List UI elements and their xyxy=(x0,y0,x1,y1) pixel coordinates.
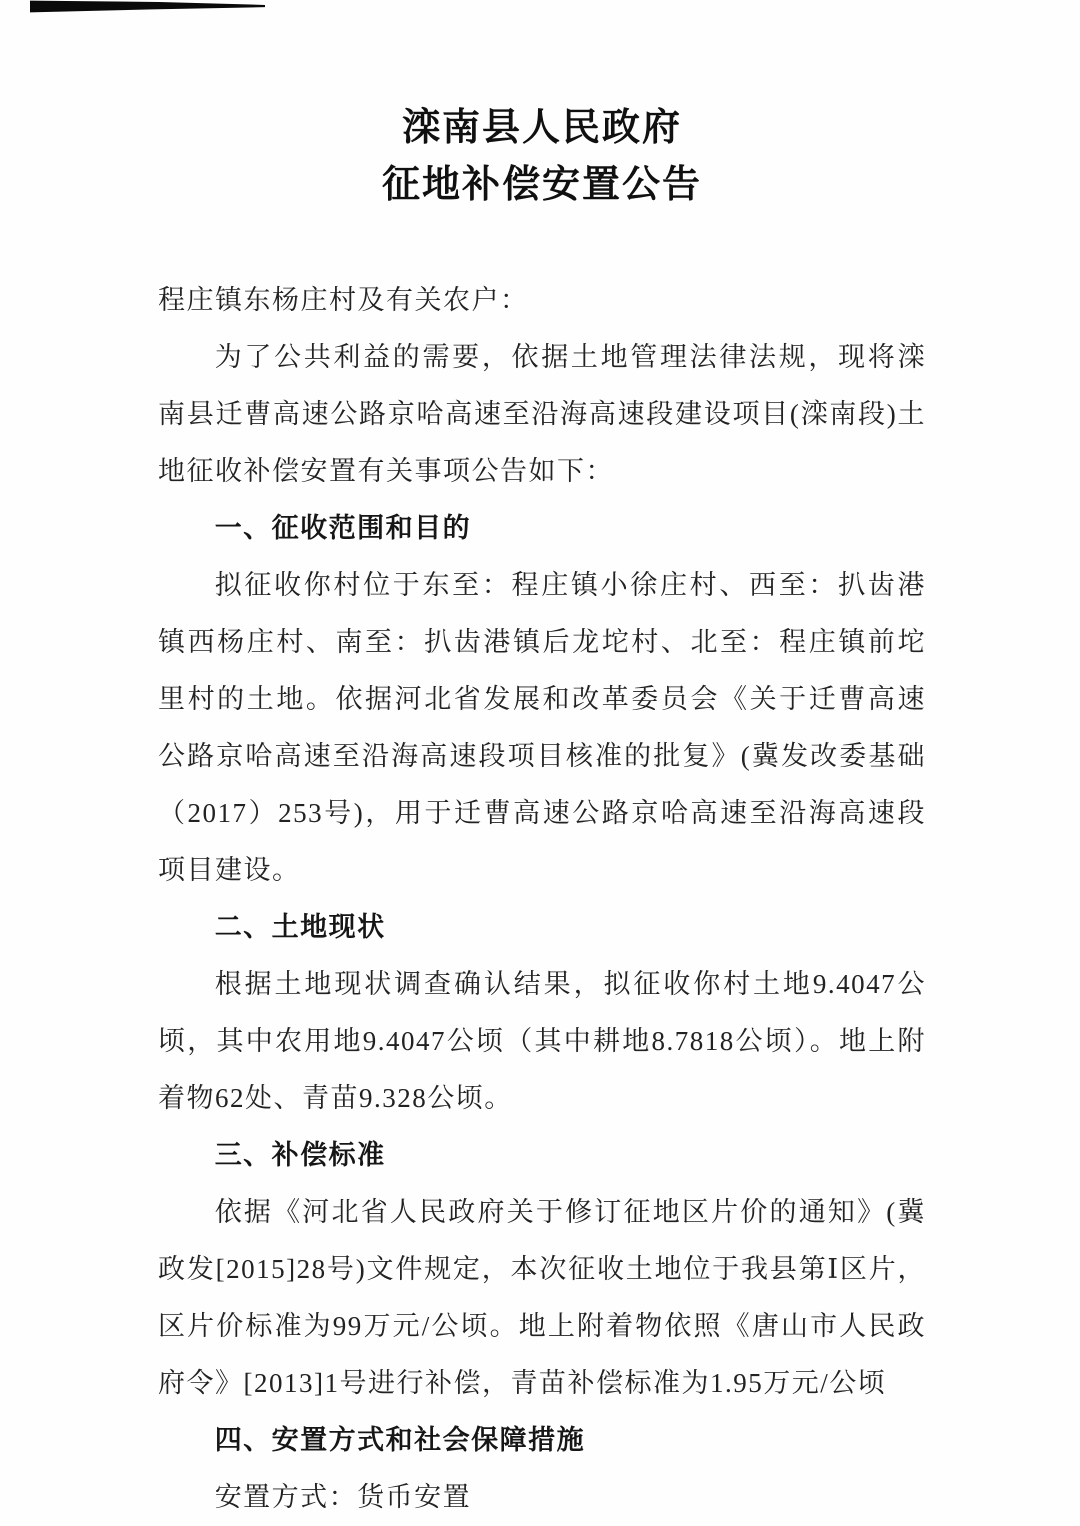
section-3-heading: 三、补偿标准 xyxy=(158,1127,926,1184)
intro-paragraph: 为了公共利益的需要，依据土地管理法律法规，现将滦南县迁曹高速公路京哈高速至沿海高… xyxy=(158,329,926,500)
scan-artifact-mark xyxy=(30,0,265,13)
document-title: 滦南县人民政府 征地补偿安置公告 xyxy=(158,100,926,214)
document-content: 滦南县人民政府 征地补偿安置公告 程庄镇东杨庄村及有关农户： 为了公共利益的需要… xyxy=(158,100,926,1526)
salutation: 程庄镇东杨庄村及有关农户： xyxy=(158,272,926,329)
section-1-heading: 一、征收范围和目的 xyxy=(158,500,926,557)
section-3-body: 依据《河北省人民政府关于修订征地区片价的通知》(冀政发[2015]28号)文件规… xyxy=(158,1184,926,1412)
section-1-body: 拟征收你村位于东至：程庄镇小徐庄村、西至：扒齿港镇西杨庄村、南至：扒齿港镇后龙坨… xyxy=(158,557,926,899)
document-body: 程庄镇东杨庄村及有关农户： 为了公共利益的需要，依据土地管理法律法规，现将滦南县… xyxy=(158,272,926,1526)
title-line-2: 征地补偿安置公告 xyxy=(158,157,926,214)
title-line-1: 滦南县人民政府 xyxy=(158,100,926,157)
section-4-heading: 四、安置方式和社会保障措施 xyxy=(158,1412,926,1469)
section-2-body: 根据土地现状调查确认结果，拟征收你村土地9.4047公顷，其中农用地9.4047… xyxy=(158,956,926,1127)
document-page: 滦南县人民政府 征地补偿安置公告 程庄镇东杨庄村及有关农户： 为了公共利益的需要… xyxy=(0,0,1080,1526)
section-2-heading: 二、土地现状 xyxy=(158,899,926,956)
section-4-body: 安置方式：货币安置 xyxy=(158,1469,926,1526)
